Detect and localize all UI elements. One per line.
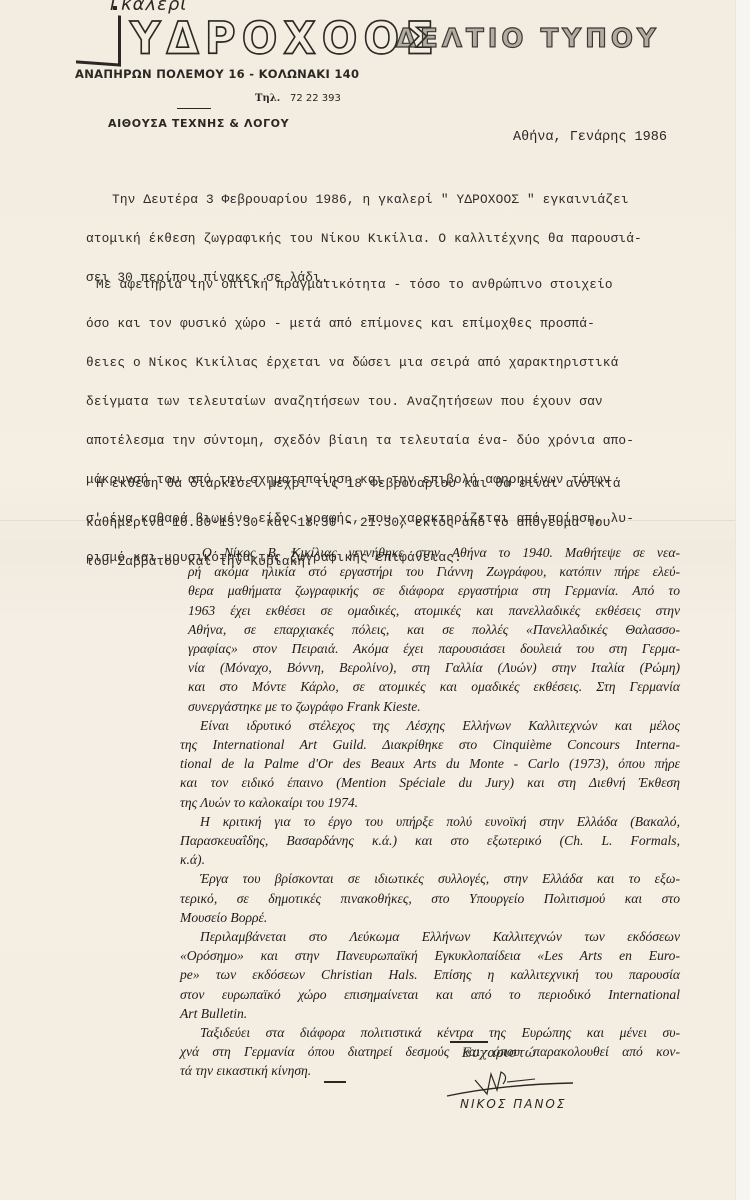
bio-line: τά την εικαστική κίνηση.	[160, 1061, 680, 1080]
dash-mark	[324, 1081, 346, 1083]
bio-line: Ταξιδεύει στα διάφορα πολιτιστικά κέντρα…	[160, 1023, 680, 1042]
bio-paragraph: Περιλαμβάνεται στο Λεύκωμα Ελλήνων Καλλι…	[160, 927, 680, 1023]
signature-rule	[450, 1041, 488, 1043]
phone-label: Τηλ.	[255, 93, 280, 104]
bio-paragraph: Έργα του βρίσκονται σε ιδιωτικές συλλογέ…	[160, 869, 680, 927]
typed-line: καθημερινά 10.30-13.30 και 18.30 - 21.30…	[86, 513, 726, 533]
bio-line: συνεργάστηκε με το ζωγράφο Frank Kieste.	[160, 697, 680, 716]
typed-line: Με αφετηρία την οπτική πραγματικότητα - …	[86, 275, 726, 295]
bio-line: Art Bulletin.	[160, 1004, 680, 1023]
bio-line: ρή ακόμα ηλικία στό εργαστήρι του Γιάννη…	[160, 562, 680, 581]
artist-biography: Ο Νίκος Β. Κικίλιας γεννήθηκε στην Αθήνα…	[160, 543, 680, 1081]
bio-line: στον ευρωπαϊκό χώρο επισημαίνεται και απ…	[160, 985, 680, 1004]
gallery-address: ΑΝΑΠΗΡΩΝ ΠΟΛΕΜΟΥ 16 - ΚΟΛΩΝΑΚΙ 140	[75, 67, 359, 81]
signature-icon	[445, 1066, 575, 1098]
signer-name: ΝΙΚΟΣ ΠΑΝΟΣ	[460, 1097, 566, 1111]
bio-line: θερα μαθήματα ζωγραφικής σε διάφορα εργα…	[160, 581, 680, 600]
typed-line: ατομική έκθεση ζωγραφικής του Νίκου Κικί…	[86, 229, 726, 249]
bio-line: της Λυών το καλοκαίρι του 1974.	[160, 793, 680, 812]
bio-line: Ο Νίκος Β. Κικίλιας γεννήθηκε στην Αθήνα…	[160, 543, 680, 562]
bio-line: Παρασκευαΐδης, Βασαρδάνης κ.ά.) και στο …	[160, 831, 680, 850]
typed-line: Την Δευτέρα 3 Φεβρουαρίου 1986, η γκαλερ…	[86, 190, 726, 210]
bio-paragraph: Ο Νίκος Β. Κικίλιας γεννήθηκε στην Αθήνα…	[160, 543, 680, 716]
bio-paragraph: Η κριτική για το έργο του υπήρξε πολύ ευ…	[160, 812, 680, 870]
document-title: ΔΕΛΤΙΟ ΤΥΠΟΥ	[396, 24, 660, 54]
bio-line: 1963 έχει εκθέσει σε ομαδικές, ατομικές …	[160, 601, 680, 620]
bio-line: Είναι ιδρυτικό στέλεχος της Λέσχης Ελλήν…	[160, 716, 680, 735]
document-date: Αθήνα, Γενάρης 1986	[513, 130, 667, 145]
bio-line: Έργα του βρίσκονται σε ιδιωτικές συλλογέ…	[160, 869, 680, 888]
divider	[177, 108, 211, 109]
logo-corner-mark	[76, 12, 121, 66]
closing-thanks: Ευχαριστώ	[462, 1046, 535, 1061]
bio-line: νία (Μόναχο, Βόννη, Βερολίνο), στη Γαλλί…	[160, 658, 680, 677]
bio-line: χνά στη Γερμανία όπου διατηρεί δεσμούς κ…	[160, 1042, 680, 1061]
typed-line: δείγματα των τελευταίων αναζητήσεων του.…	[86, 392, 726, 412]
bio-line: Η κριτική για το έργο του υπήρξε πολύ ευ…	[160, 812, 680, 831]
bio-line: «Ορόσημο» και στην Πανευρωπαϊκή Εγκυκλοπ…	[160, 946, 680, 965]
bio-line: tional de la Palme d'Or des Beaux Arts d…	[160, 754, 680, 773]
bio-line: pe» των εκδόσεων Christian Hals. Επίσης …	[160, 965, 680, 984]
gallery-logo: ΥΔΡΟΧΟΟΣ	[130, 13, 440, 64]
gallery-subtitle: ΑΙΘΟΥΣΑ ΤΕΧΝΗΣ & ΛΟΓΟΥ	[108, 117, 289, 130]
bio-line: Αθήνα, σε επαρχιακές πόλεις, και σε πολλ…	[160, 620, 680, 639]
bio-paragraph: Ταξιδεύει στα διάφορα πολιτιστικά κέντρα…	[160, 1023, 680, 1081]
bio-paragraph: Είναι ιδρυτικό στέλεχος της Λέσχης Ελλήν…	[160, 716, 680, 812]
scan-edge	[735, 0, 750, 1200]
bio-line: τερικό, σε δημοτικές πινακοθήκες, στο Υπ…	[160, 889, 680, 908]
bio-line: κ.ά).	[160, 850, 680, 869]
bio-line: και τον ειδικό έπαινο (Mention Spéciale …	[160, 773, 680, 792]
typed-line: όσο και τον φυσικό χώρο - μετά από επίμο…	[86, 314, 726, 334]
bio-line: γραφίας» στον Πειραιά. Ακόμα έχει παρουσ…	[160, 639, 680, 658]
bio-line: και στο Μόντε Κάρλο, σε ατομικές και ομα…	[160, 677, 680, 696]
bio-line: Μουσείο Βορρέ.	[160, 908, 680, 927]
bio-line: της International Art Guild. Διακρίθηκε …	[160, 735, 680, 754]
typed-line: Η έκθεση θα διαρκέσει μέχρι τις 18 Φεβρο…	[86, 474, 726, 494]
bio-line: Περιλαμβάνεται στο Λεύκωμα Ελλήνων Καλλι…	[160, 927, 680, 946]
typed-line: θειες ο Νίκος Κικίλιας έρχεται να δώσει …	[86, 353, 726, 373]
phone-number: 72 22 393	[290, 93, 341, 104]
typed-line: αποτέλεσμα την σύντομη, σχεδόν βίαιη τα …	[86, 431, 726, 451]
